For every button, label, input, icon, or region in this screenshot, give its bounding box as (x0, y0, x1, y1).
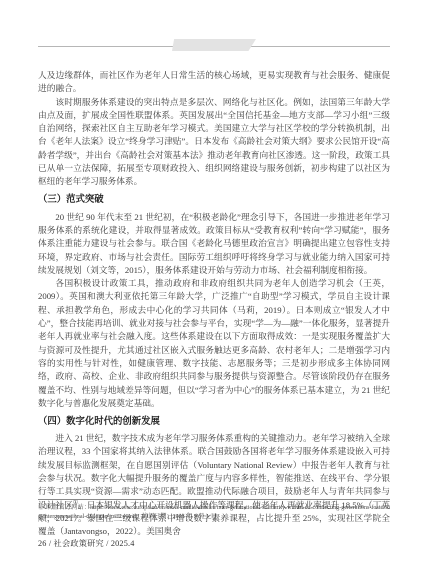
section-heading-3: （三）范式突破 (38, 194, 390, 207)
paragraph: 20 世纪 90 年代末至 21 世纪初，在“积极老龄化”理念引导下，各国进一步… (38, 211, 390, 277)
footnote-separator-rule (38, 499, 390, 500)
body-text: 人及边缘群体，而社区作为老年人日常生活的核心场域，更易实现教育与社会服务、健康促… (38, 69, 390, 539)
header-banner-decoration (172, 39, 256, 51)
paragraph-with-footnote: 进入 21 世纪，数字技术成为老年学习服务体系重构的关键推动力。老年学习被纳入全… (38, 432, 390, 538)
section-heading-4: （四）数字化时代的创新发展 (38, 416, 390, 429)
document-page: 人及边缘群体，而社区作为老年人日常生活的核心场域，更易实现教育与社会服务、健康促… (0, 0, 427, 579)
paragraph: 该时期服务体系建设的突出特点是多层次、网络化与社区化。例如，法国第三年龄大学由点… (38, 96, 390, 189)
paragraph-continuation: 人及边缘群体，而社区作为老年人日常生活的核心场域，更易实现教育与社会服务、健康促… (38, 69, 390, 96)
page-footer: 26 / 社会政策研究 / 2025.4 (38, 538, 135, 549)
footnote-text: 欧盟官方网站：https://www.eesc.europa.eu/en/new… (38, 505, 390, 520)
paragraph: 各国积极设计政策工具，推动政府和非政府组织共同为老年人创造学习机会（王英，200… (38, 277, 390, 410)
footnote: ① 欧盟官方网站：https://www.eesc.europa.eu/en/n… (38, 504, 390, 522)
